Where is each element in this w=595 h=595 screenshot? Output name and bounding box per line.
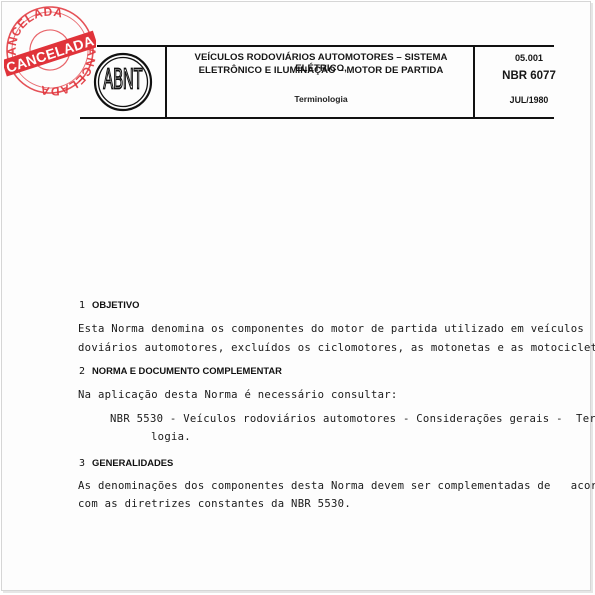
header-divider-left [165, 45, 167, 119]
abnt-logo-icon: ABNT [93, 52, 153, 112]
section-2-title: NORMA E DOCUMENTO COMPLEMENTAR [92, 365, 282, 376]
section-2-reference-line-2: logia. [151, 431, 191, 443]
section-3-line-2: com as diretrizes constantes da NBR 5530… [78, 498, 351, 510]
section-1-line-2: doviários automotores, excluídos os cicl… [78, 342, 595, 354]
reference-text: NBR 5530 - Veículos rodoviários automoto… [110, 413, 595, 425]
standard-number: NBR 6077 [476, 70, 582, 82]
document-title-line2: ELETRÔNICO E ILUMINAÇÃO – MOTOR DE PARTI… [168, 65, 474, 76]
cancelled-stamp-icon: CANCELADA CANCELADA CANCELADA [4, 4, 96, 96]
section-3-line-1: As denominações dos componentes desta No… [78, 480, 595, 492]
section-1-line-1-text: Esta Norma denomina os componentes do mo… [78, 323, 595, 335]
section-1-line-1: Esta Norma denomina os componentes do mo… [78, 323, 595, 335]
section-3-number: 3 [79, 458, 85, 469]
svg-text:ABNT: ABNT [103, 64, 142, 95]
section-2-intro: Na aplicação desta Norma é necessário co… [78, 389, 398, 401]
section-2-heading: 2NORMA E DOCUMENTO COMPLEMENTAR [79, 365, 282, 377]
section-1-number: 1 [79, 300, 85, 311]
classification-code: 05.001 [476, 53, 582, 63]
header-bottom-rule [80, 117, 554, 119]
section-1-title: OBJETIVO [92, 299, 139, 310]
publication-date: JUL/1980 [476, 95, 582, 105]
section-2-reference-line-1: NBR 5530 - Veículos rodoviários automoto… [110, 413, 595, 425]
section-3-title: GENERALIDADES [92, 457, 173, 468]
section-2-number: 2 [79, 366, 85, 377]
section-1-heading: 1OBJETIVO [79, 299, 139, 311]
document-subtitle: Terminologia [168, 94, 474, 104]
section-3-heading: 3GENERALIDADES [79, 457, 173, 469]
